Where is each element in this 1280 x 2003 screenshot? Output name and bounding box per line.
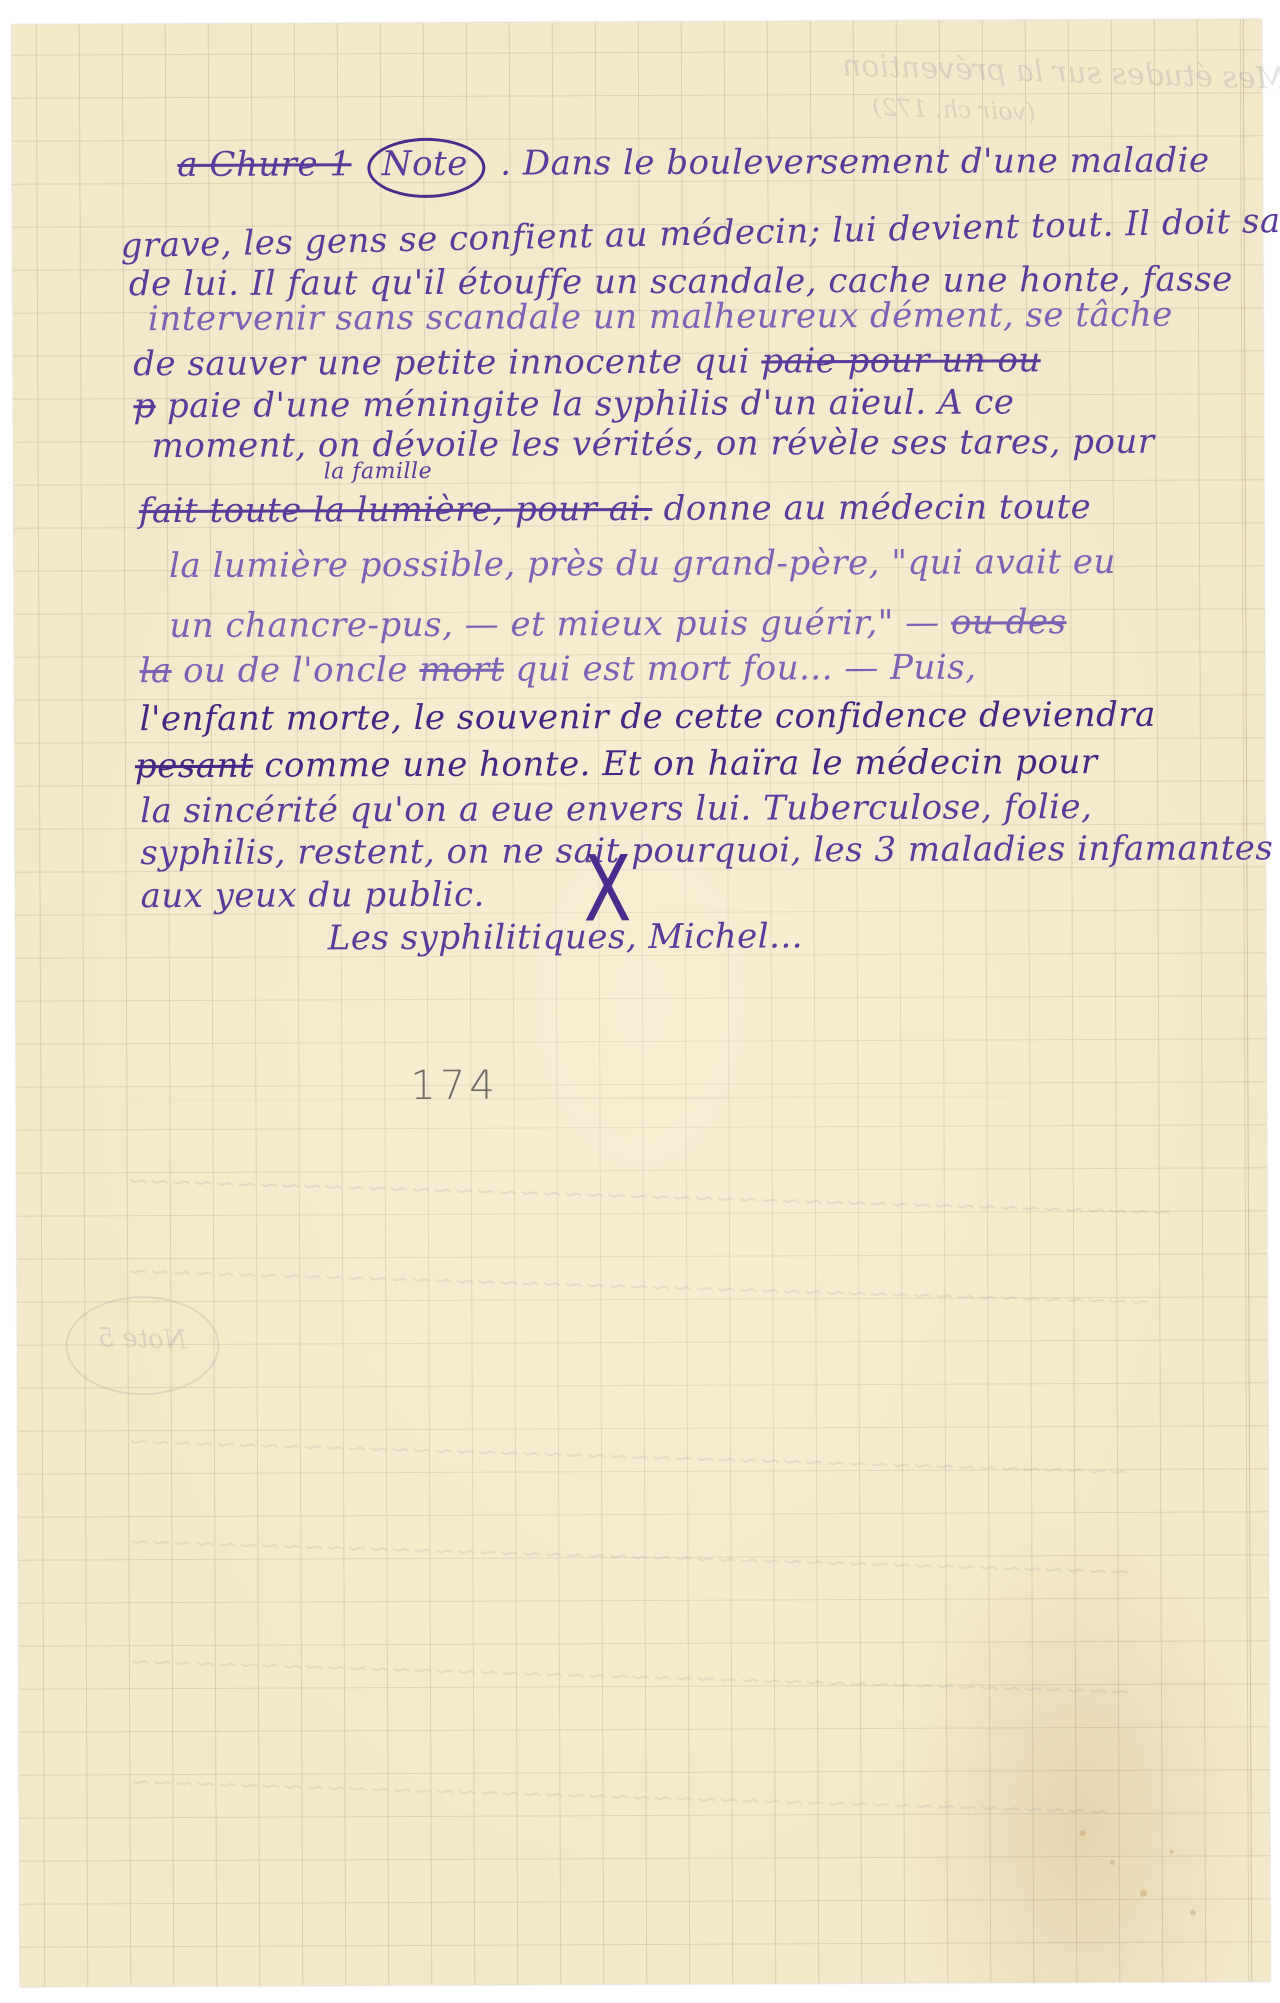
line-text: paie d'une méningite la syphilis d'un aï… (167, 382, 1015, 426)
line-text: la sincérité qu'on a eue envers lui. Tub… (140, 787, 1092, 831)
struck-text: paie pour un ou (761, 340, 1041, 381)
struck-text: a Chure 1 (177, 144, 351, 185)
manuscript-line-12: l'enfant morte, le souvenir de cette con… (140, 698, 1156, 736)
line-text: syphilis, restent, on ne sait pourquoi, … (140, 828, 1273, 873)
manuscript-line-8: fait toute la lumière, pour ai. donne au… (139, 490, 1091, 528)
line-text: . Dans le bouleversement d'une maladie (500, 141, 1210, 184)
struck-text: p (133, 386, 155, 426)
line-text: l'enfant morte, le souvenir de cette con… (140, 695, 1156, 739)
bleed-through-margin-circle (65, 1296, 219, 1396)
line-text: intervenir sans scandale un malheureux d… (148, 295, 1173, 339)
foxing-stain (1140, 1890, 1147, 1897)
manuscript-line-1: a Chure 1 Note . Dans le bouleversement … (177, 135, 1209, 200)
manuscript-line-11: la ou de l'oncle mort qui est mort fou..… (139, 651, 976, 689)
line-text: aux yeux du public. (140, 875, 485, 917)
bleed-through-text: ~~~~~~~~~~~~~~~~~~~~~~~~~~~~~~~~~~~~~~~~… (128, 1427, 1131, 1488)
manuscript-line-17: Les syphilitiques, Michel... (328, 919, 803, 955)
manuscript-line-5: de sauver une petite innocente qui paie … (133, 343, 1041, 381)
foxing-stain (1190, 1910, 1196, 1916)
manuscript-line-13: pesant comme une honte. Et on haïra le m… (135, 745, 1098, 783)
line-text: ou de l'oncle (183, 650, 408, 691)
manuscript-line-14: la sincérité qu'on a eue envers lui. Tub… (140, 790, 1092, 828)
bleed-through-text: ~~~~~~~~~~~~~~~~~~~~~~~~~~~~~~~~~~~~~~~~… (128, 1527, 1131, 1588)
manuscript-line-15: syphilis, restent, on ne sait pourquoi, … (140, 831, 1273, 870)
circled-note-label: Note (367, 138, 485, 199)
manuscript-line-4: intervenir sans scandale un malheureux d… (148, 298, 1173, 336)
bleed-through-annotation-sub: (voir ch. 172) (872, 93, 1036, 126)
interlinear-insertion: la famille (324, 461, 433, 483)
bleed-through-text: ~~~~~~~~~~~~~~~~~~~~~~~~~~~~~~~~~~~~~~~~… (129, 1647, 1132, 1708)
struck-text: mort (419, 650, 504, 690)
line-text: qui est mort fou... — Puis, (515, 648, 976, 690)
bleed-through-text: ~~~~~~~~~~~~~~~~~~~~~~~~~~~~~~~~~~~~~~~~… (127, 1166, 1173, 1228)
struck-text: ou des (951, 602, 1067, 643)
manuscript-line-2: grave, les gens se confient au médecin; … (120, 202, 1280, 263)
line-text: Les syphilitiques, Michel... (328, 916, 803, 958)
line-text: grave, les gens se confient au médecin; … (120, 199, 1280, 266)
line-text: la famille (324, 459, 433, 484)
foxing-stain (1080, 1830, 1086, 1836)
fold-crease (16, 1094, 1266, 1101)
line-text: donne au médecin toute (663, 487, 1091, 529)
manuscript-line-9: la lumière possible, près du grand-père,… (169, 545, 1116, 583)
foxing-stain (1170, 1850, 1174, 1854)
bleed-through-annotation: Mes études sur la prévention (842, 48, 1280, 97)
manuscript-line-7: moment, on dévoile les vérités, on révèl… (151, 425, 1154, 463)
manuscript-line-6: p paie d'une méningite la syphilis d'un … (133, 385, 1014, 423)
manuscript-line-16: aux yeux du public. (140, 878, 485, 914)
manuscript-page: Mes études sur la prévention (voir ch. 1… (12, 19, 1271, 1986)
line-text: moment, on dévoile les vérités, on révèl… (151, 422, 1154, 466)
struck-text: pesant (135, 746, 253, 787)
struck-text: la (139, 651, 171, 691)
foxing-stain (1110, 1860, 1115, 1865)
bleed-through-text: ~~~~~~~~~~~~~~~~~~~~~~~~~~~~~~~~~~~~~~~~… (127, 1256, 1151, 1317)
line-text: comme une honte. Et on haïra le médecin … (264, 742, 1097, 786)
line-text: un chancre-pus, — et mieux puis guérir,"… (169, 603, 939, 646)
page-number: 174 (410, 1063, 499, 1109)
line-text: de sauver une petite innocente qui (133, 342, 750, 385)
struck-text: fait toute la lumière, pour ai. (139, 489, 653, 531)
bleed-through-text: ~~~~~~~~~~~~~~~~~~~~~~~~~~~~~~~~~~~~~~~~… (129, 1767, 1110, 1827)
manuscript-line-10: un chancre-pus, — et mieux puis guérir,"… (169, 605, 1066, 643)
line-text: la lumière possible, près du grand-père,… (169, 542, 1116, 586)
